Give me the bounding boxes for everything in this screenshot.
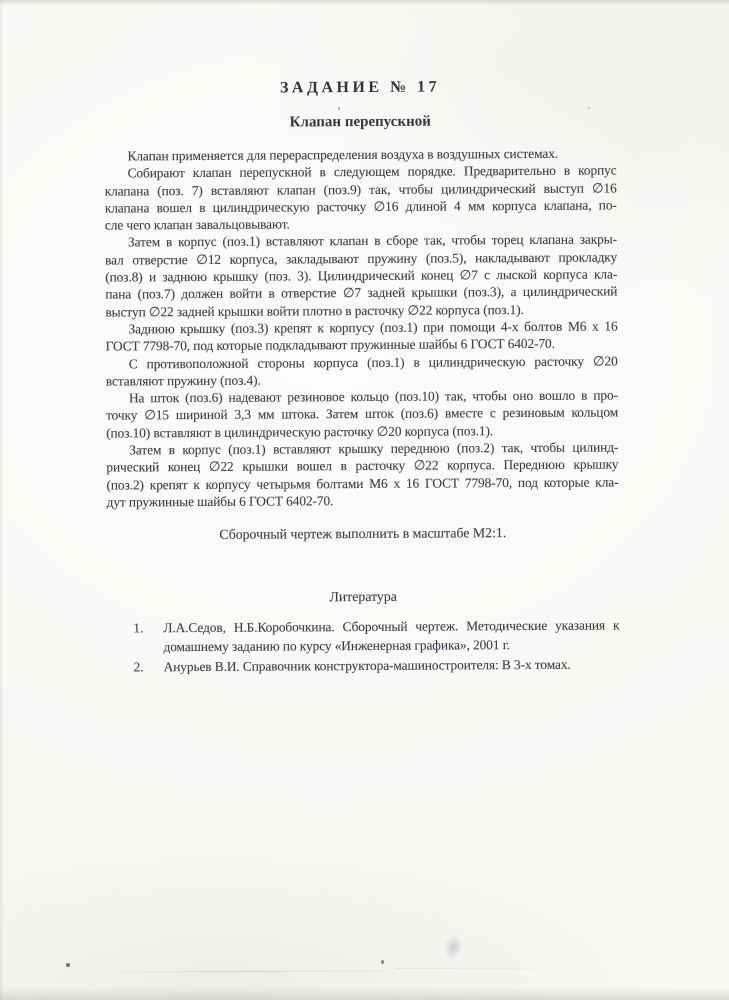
- text-line: С противоположной стороны корпуса (поз.1…: [106, 352, 618, 372]
- scan-faint-line: [86, 970, 386, 972]
- paragraph-6: На шток (поз.6) надевают резиновое кольц…: [106, 387, 618, 442]
- text-line: точку ∅15 шириной 3,3 мм штока. Затем шт…: [106, 404, 618, 424]
- scan-edge-top: [0, 0, 729, 5]
- paragraph-4: Заднюю крышку (поз.3) крепят к корпусу (…: [105, 317, 617, 355]
- scanned-document-page: ЗАДАНИЕ № 17 Клапан перепускной Клапан п…: [0, 0, 729, 1000]
- document-subtitle: Клапан перепускной: [104, 111, 616, 133]
- paragraph-3: Затем в корпус (поз.1) вставляют клапан …: [105, 231, 618, 321]
- body-paragraphs: Клапан применяется для перераспределения…: [104, 144, 618, 510]
- text-line: Л.А.Седов, Н.Б.Коробочкина. Сборочный че…: [163, 616, 619, 638]
- scan-edge-bottom: [0, 987, 729, 1000]
- paragraph-2: Собирают клапан перепускной в следующем …: [105, 162, 617, 234]
- scan-speck: [588, 107, 590, 109]
- literature-item-number: 1.: [133, 618, 163, 637]
- scan-speck: [381, 960, 384, 964]
- scan-smudge: [442, 934, 465, 961]
- text-line: пана (поз.7) должен войти в отверстие ∅7…: [105, 283, 617, 303]
- text-line: Анурьев В.И. Справочник конструктора-маш…: [164, 654, 620, 676]
- scan-speck: [338, 107, 340, 110]
- paragraph-5: С противоположной стороны корпуса (поз.1…: [106, 352, 618, 390]
- literature-list: 1.Л.А.Седов, Н.Б.Коробочкина. Сборочный …: [107, 616, 619, 677]
- scan-edge-left: [0, 0, 4, 1000]
- text-line: клапана вошел в цилиндрическую расточку …: [105, 196, 617, 216]
- literature-item-1: 1.Л.А.Седов, Н.Б.Коробочкина. Сборочный …: [107, 616, 619, 658]
- scan-faint-line: [396, 968, 606, 969]
- scan-speck: [401, 330, 403, 332]
- text-line: дут пружинные шайбы 6 ГОСТ 6402-70.: [107, 490, 619, 510]
- document-content: ЗАДАНИЕ № 17 Клапан перепускной Клапан п…: [104, 76, 620, 676]
- scan-speck: [66, 963, 70, 967]
- literature-item-text: Л.А.Седов, Н.Б.Коробочкина. Сборочный че…: [163, 616, 619, 657]
- literature-item-2: 2.Анурьев В.И. Справочник конструктора-м…: [108, 654, 620, 676]
- literature-item-number: 2.: [134, 657, 164, 676]
- paragraph-7: Затем в корпус (поз.1) вставляют крышку …: [106, 438, 618, 510]
- scale-note: Сборочный чертеж выполнить в масштабе М2…: [107, 524, 619, 545]
- literature-heading: Литература: [107, 587, 619, 608]
- assignment-title: ЗАДАНИЕ № 17: [104, 76, 616, 99]
- literature-item-text: Анурьев В.И. Справочник конструктора-маш…: [164, 654, 620, 676]
- text-line: (поз.2) крепят к корпусу четырьмя болтам…: [106, 473, 618, 493]
